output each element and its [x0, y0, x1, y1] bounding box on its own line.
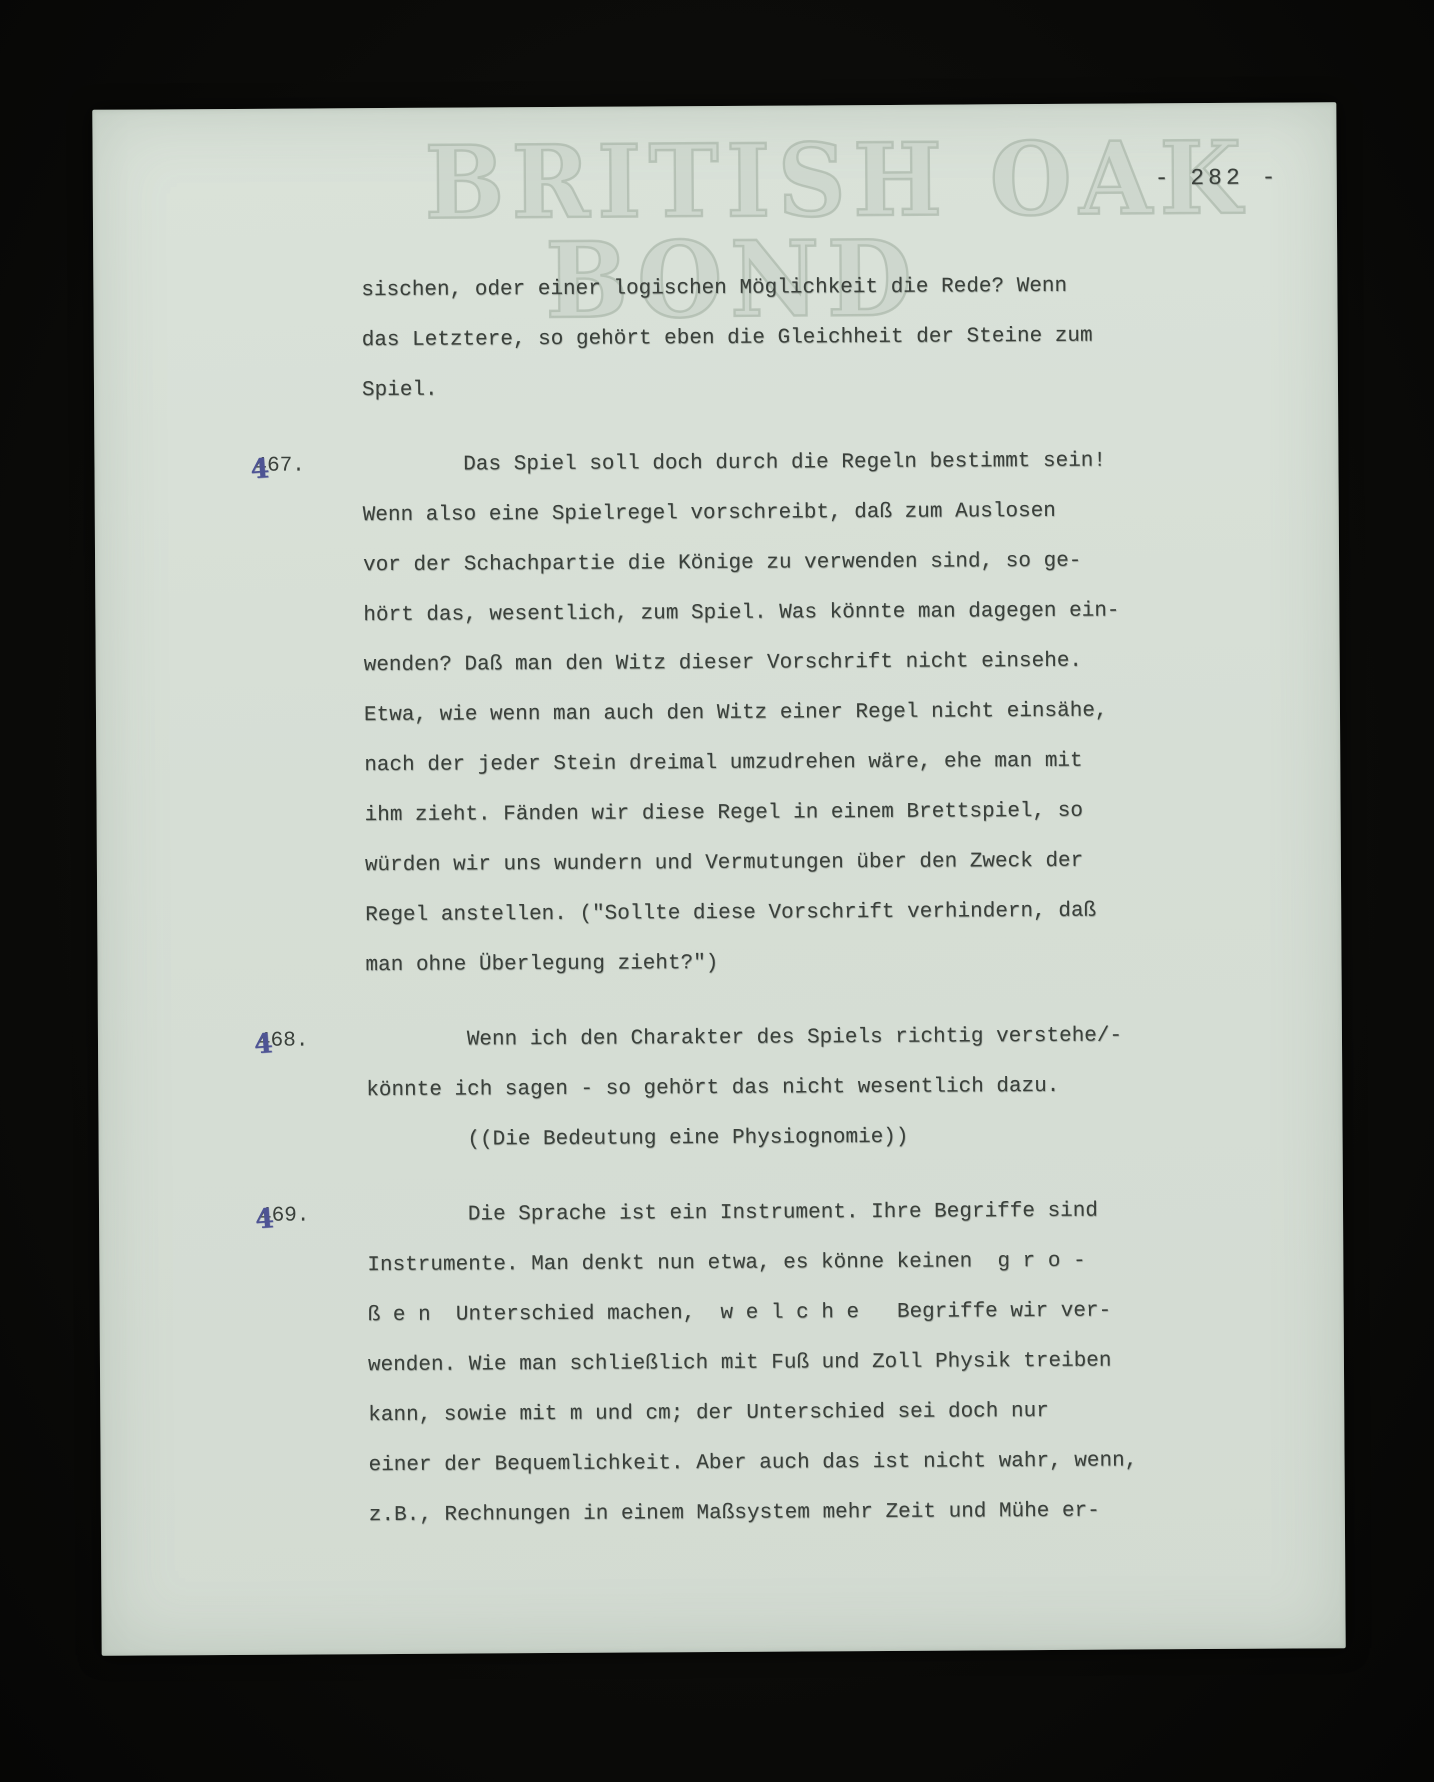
- handwritten-digit-annotation: 4: [252, 1019, 275, 1070]
- typed-text-block: sischen, oder einer logischen Möglichkei…: [361, 261, 1249, 1541]
- page-number: - 282 -: [1155, 165, 1280, 192]
- section-number-467: 4467.: [254, 442, 305, 492]
- text-line: ((Die Bedeutung eine Physiognomie)): [366, 1111, 1246, 1166]
- text-line: Etwa, wie wenn man auch den Witz einer R…: [364, 686, 1244, 741]
- text-line: wenden. Wie man schließlich mit Fuß und …: [368, 1336, 1248, 1391]
- text-line: z.B., Rechnungen in einem Maßsystem mehr…: [369, 1486, 1249, 1541]
- text-line: vor der Schachpartie die Könige zu verwe…: [363, 536, 1243, 591]
- section-469: 4469. Die Sprache ist ein Instrument. Ih…: [367, 1186, 1249, 1541]
- text-line: Spiel.: [362, 361, 1242, 416]
- section-number-468: 4468.: [258, 1017, 309, 1067]
- text-line: Regel anstellen. ("Sollte diese Vorschri…: [365, 886, 1245, 941]
- text-line: Das Spiel soll doch durch die Regeln bes…: [362, 436, 1242, 491]
- section-467: 4467. Das Spiel soll doch durch die Rege…: [362, 436, 1245, 991]
- text-line: ß e n Unterschied machen, w e l c h e Be…: [368, 1286, 1248, 1341]
- text-line: würden wir uns wundern und Vermutungen ü…: [365, 836, 1245, 891]
- section-number-rest: 68.: [271, 1030, 309, 1053]
- text-line: sischen, oder einer logischen Möglichkei…: [361, 261, 1241, 316]
- section-number-469: 4469.: [259, 1192, 310, 1242]
- text-line: Wenn also eine Spielregel vorschreibt, d…: [363, 486, 1243, 541]
- text-line: könnte ich sagen - so gehört das nicht w…: [366, 1061, 1246, 1116]
- text-line: Instrumente. Man denkt nun etwa, es könn…: [367, 1236, 1247, 1291]
- handwritten-digit-annotation: 4: [253, 1194, 276, 1245]
- handwritten-digit-annotation: 4: [249, 444, 272, 495]
- typescript-page: BRITISH OAK BOND - 282 - sischen, oder e…: [92, 102, 1345, 1656]
- text-line: wenden? Daß man den Witz dieser Vorschri…: [364, 636, 1244, 691]
- text-line: Die Sprache ist ein Instrument. Ihre Beg…: [367, 1186, 1247, 1241]
- text-line: einer der Bequemlichkeit. Aber auch das …: [368, 1436, 1248, 1491]
- section-number-rest: 69.: [272, 1205, 310, 1228]
- section-468: 4468. Wenn ich den Charakter des Spiels …: [366, 1011, 1247, 1166]
- text-line: ihm zieht. Fänden wir diese Regel in ein…: [364, 786, 1244, 841]
- intro-paragraph: sischen, oder einer logischen Möglichkei…: [361, 261, 1242, 416]
- text-line: nach der jeder Stein dreimal umzudrehen …: [364, 736, 1244, 791]
- text-line: kann, sowie mit m und cm; der Unterschie…: [368, 1386, 1248, 1441]
- text-line: das Letztere, so gehört eben die Gleichh…: [362, 311, 1242, 366]
- text-line: man ohne Überlegung zieht?"): [365, 936, 1245, 991]
- text-line: Wenn ich den Charakter des Spiels richti…: [366, 1011, 1246, 1066]
- text-line: hört das, wesentlich, zum Spiel. Was kön…: [363, 586, 1243, 641]
- section-number-rest: 67.: [267, 455, 305, 478]
